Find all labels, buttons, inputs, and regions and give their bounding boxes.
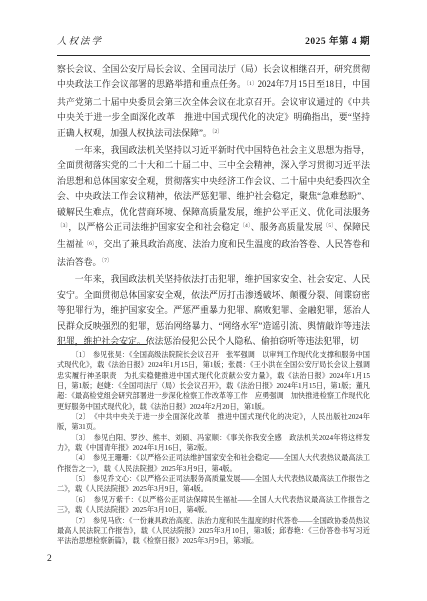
footnote-ref: 〔1〕: [246, 81, 257, 87]
body-text-run: 一年来，我国政法机关坚持依法打击犯罪，维护国家安全、社会安定、人民安宁。全面贯彻…: [57, 274, 370, 346]
footnote-ref: 〔4〕: [239, 223, 250, 229]
footnote-ref: 〔3〕: [57, 223, 68, 229]
body-text-run: 、服务高质量发展: [251, 222, 323, 232]
page-header: 人权法学 2025 年第 4 期: [57, 36, 370, 48]
footnote: 〔1〕 参见张昊：《全国高级法院院长会议召开 张军强调 以审判工作现代化支撑和服…: [57, 350, 370, 412]
issue-label: 2025 年第 4 期: [305, 36, 370, 48]
body-text-run: 一年来，我国政法机关坚持以习近平新时代中国特色社会主义思想为指导，全面贯彻落实党…: [57, 145, 370, 217]
footnote: 〔3〕 参见白阳、罗沙、熊丰、刘硕、冯家顺：《事关你我安全感 政法机关2024年…: [57, 433, 370, 454]
page-number: 2: [47, 554, 52, 564]
footnote-ref: 〔2〕: [212, 129, 223, 135]
header-divider: [57, 55, 370, 56]
footnote: 〔4〕 参见王珊珊：《以严格公正司法维护国家安全和社会稳定——全国人大代表热议最…: [57, 453, 370, 474]
body-paragraph: 一年来，我国政法机关坚持以习近平新时代中国特色社会主义思想为指导，全面贯彻落实党…: [57, 143, 370, 272]
footnote-ref: 〔7〕: [101, 258, 112, 264]
body-paragraph: 一年来，我国政法机关坚持依法打击犯罪，维护国家安全、社会安定、人民安宁。全面贯彻…: [57, 272, 370, 349]
footnotes-list: 〔1〕 参见张昊：《全国高级法院院长会议召开 张军强调 以审判工作现代化支撑和服…: [57, 350, 370, 547]
journal-page: 人权法学 2025 年第 4 期 察长会议、全国公安厅局长会议、全国司法厅（局）…: [0, 0, 427, 601]
body-paragraph: 察长会议、全国公安厅局长会议、全国司法厅（局）长会议相继召开，研究贯彻中央政法工…: [57, 62, 370, 143]
body-paragraphs: 察长会议、全国公安厅局长会议、全国司法厅（局）长会议相继召开，研究贯彻中央政法工…: [57, 62, 370, 349]
footnote: 〔2〕 《中共中央关于进一步全面深化改革 推进中国式现代化的决定》，人民出版社2…: [57, 412, 370, 433]
footnote: 〔5〕 参见乔文心：《以严格公正司法服务高质量发展——全国人大代表热议最高法工作…: [57, 474, 370, 495]
footnote-ref: 〔6〕: [84, 241, 95, 247]
footnotes-divider: [57, 344, 147, 345]
footnote: 〔7〕 参见马欣：《一份兼具政治高度、法治力度和民生温度的时代答卷——全国政协委…: [57, 516, 370, 547]
body-text-run: ，以严格公正司法维护国家安全和社会稳定: [68, 222, 239, 232]
footnote-ref: 〔5〕: [323, 223, 334, 229]
journal-title: 人权法学: [57, 36, 103, 48]
footnote: 〔6〕 参见万紫千：《以严格公正司法保障民生福祉——全国人大代表热议最高法工作报…: [57, 495, 370, 516]
footnotes-section: 〔1〕 参见张昊：《全国高级法院院长会议召开 张军强调 以审判工作现代化支撑和服…: [57, 344, 370, 547]
